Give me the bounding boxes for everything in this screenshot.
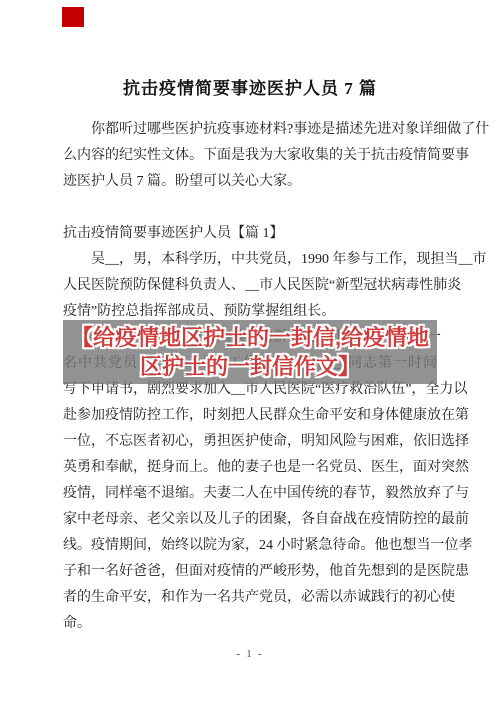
body-line: 者的生命平安，和作为一名共产党员，必需以赤诚践行的初心使 bbox=[63, 585, 437, 611]
page-number: - 1 - bbox=[0, 649, 500, 660]
body-line: 英勇和奉献，挺身而上。他的妻子也是一名党员、医生，面对突然 bbox=[63, 455, 437, 481]
watermark-overlay: 【给疫情地区护士的一封信,给疫情地 区护士的一封信作文】 bbox=[63, 320, 437, 384]
body-line: 一位，不忘医者初心，勇担医护使命，明知风险与困难，依旧选择 bbox=[63, 429, 437, 455]
body-line: 人民医院预防保健科负责人、__市人民医院“新型冠状病毒性肺炎 bbox=[63, 273, 437, 299]
body-line: 疫情，同样毫不退缩。夫妻二人在中国传统的春节，毅然放弃了与 bbox=[63, 481, 437, 507]
document-page: 抗击疫情简要事迹医护人员 7 篇 你都听过哪些医护抗疫事迹材料?事迹是描述先进对… bbox=[0, 0, 500, 706]
watermark-text-line: 区护士的一封信作文】 bbox=[140, 352, 360, 381]
body-line: 命。 bbox=[63, 611, 437, 637]
watermark-text-line: 【给疫情地区护士的一封信,给疫情地 bbox=[71, 323, 429, 352]
section-heading: 抗击疫情简要事迹医护人员【篇 1】 bbox=[63, 221, 437, 247]
body-line: 子和一名好爸爸，但面对疫情的严峻形势，他首先想到的是医院患 bbox=[63, 559, 437, 585]
intro-line: 迹医护人员 7 篇。盼望可以关心大家。 bbox=[63, 169, 437, 195]
document-title: 抗击疫情简要事迹医护人员 7 篇 bbox=[0, 74, 500, 99]
intro-line: 你都听过哪些医护抗疫事迹材料?事迹是描述先进对象详细做了什 bbox=[63, 117, 437, 143]
red-corner-mark bbox=[62, 7, 84, 27]
intro-line: 么内容的纪实性文体。下面是我为大家收集的关于抗击疫情简要事 bbox=[63, 143, 437, 169]
body-line: 赴参加疫情防控工作，时刻把人民群众生命平安和身体健康放在第 bbox=[63, 403, 437, 429]
body-line: 线。疫情期间，始终以院为家，24 小时紧急待命。他也想当一位孝 bbox=[63, 533, 437, 559]
body-line: 吴__，男，本科学历，中共党员，1990 年参与工作，现担当__市 bbox=[63, 247, 437, 273]
body-line: 家中老母亲、老父亲以及儿子的团聚，各自奋战在疫情防控的最前 bbox=[63, 507, 437, 533]
